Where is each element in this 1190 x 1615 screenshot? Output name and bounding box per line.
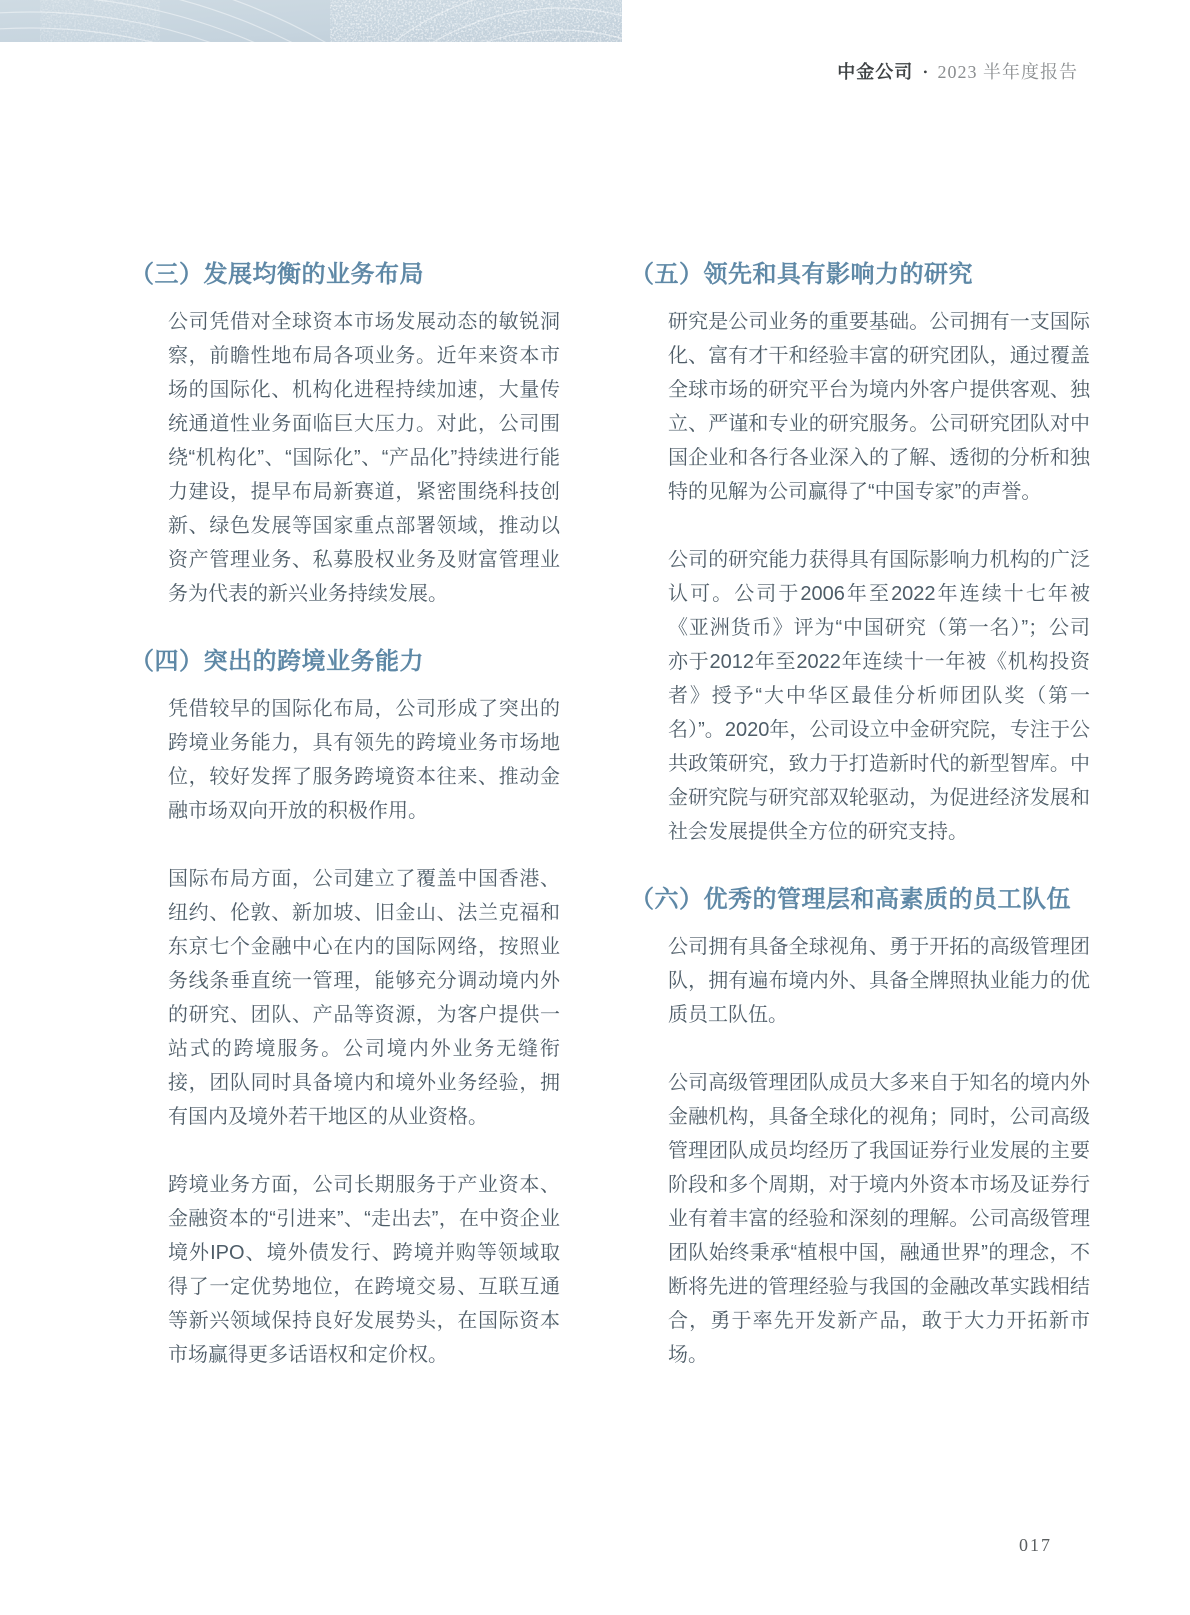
bullet-separator-icon: • — [923, 60, 927, 84]
top-banner — [0, 0, 622, 42]
section-heading: （三）发展均衡的业务布局 — [130, 258, 560, 292]
left-column: （三）发展均衡的业务布局 公司凭借对全球资本市场发展动态的敏锐洞察，前瞻性地布局… — [130, 258, 560, 1406]
paragraph: 公司的研究能力获得具有国际影响力机构的广泛认可。公司于2006年至2022年连续… — [630, 543, 1090, 849]
right-column: （五）领先和具有影响力的研究 研究是公司业务的重要基础。公司拥有一支国际化、富有… — [630, 258, 1090, 1406]
section-5: （五）领先和具有影响力的研究 研究是公司业务的重要基础。公司拥有一支国际化、富有… — [630, 258, 1090, 849]
paragraph: 公司拥有具备全球视角、勇于开拓的高级管理团队，拥有遍布境内外、具备全牌照执业能力… — [630, 930, 1090, 1032]
paragraph: 国际布局方面，公司建立了覆盖中国香港、纽约、伦敦、新加坡、旧金山、法兰克福和东京… — [130, 862, 560, 1134]
section-6: （六）优秀的管理层和高素质的员工队伍 公司拥有具备全球视角、勇于开拓的高级管理团… — [630, 883, 1090, 1372]
page-content: （三）发展均衡的业务布局 公司凭借对全球资本市场发展动态的敏锐洞察，前瞻性地布局… — [130, 258, 1090, 1406]
page-header: 中金公司 • 2023 半年度报告 — [837, 60, 1078, 84]
paragraph: 跨境业务方面，公司长期服务于产业资本、金融资本的“引进来”、“走出去”，在中资企… — [130, 1168, 560, 1372]
company-name: 中金公司 — [837, 60, 913, 84]
paragraph: 公司凭借对全球资本市场发展动态的敏锐洞察，前瞻性地布局各项业务。近年来资本市场的… — [130, 305, 560, 611]
paragraph: 公司高级管理团队成员大多来自于知名的境内外金融机构，具备全球化的视角；同时，公司… — [630, 1066, 1090, 1372]
section-3: （三）发展均衡的业务布局 公司凭借对全球资本市场发展动态的敏锐洞察，前瞻性地布局… — [130, 258, 560, 611]
section-heading: （五）领先和具有影响力的研究 — [630, 258, 1090, 292]
page-number: 017 — [1019, 1535, 1052, 1556]
section-heading: （四）突出的跨境业务能力 — [130, 645, 560, 679]
section-heading: （六）优秀的管理层和高素质的员工队伍 — [630, 883, 1090, 917]
paragraph: 研究是公司业务的重要基础。公司拥有一支国际化、富有才干和经验丰富的研究团队，通过… — [630, 305, 1090, 509]
wave-pattern-icon — [0, 0, 622, 42]
report-title: 2023 半年度报告 — [938, 60, 1079, 84]
paragraph: 凭借较早的国际化布局，公司形成了突出的跨境业务能力，具有领先的跨境业务市场地位，… — [130, 692, 560, 828]
section-4: （四）突出的跨境业务能力 凭借较早的国际化布局，公司形成了突出的跨境业务能力，具… — [130, 645, 560, 1372]
